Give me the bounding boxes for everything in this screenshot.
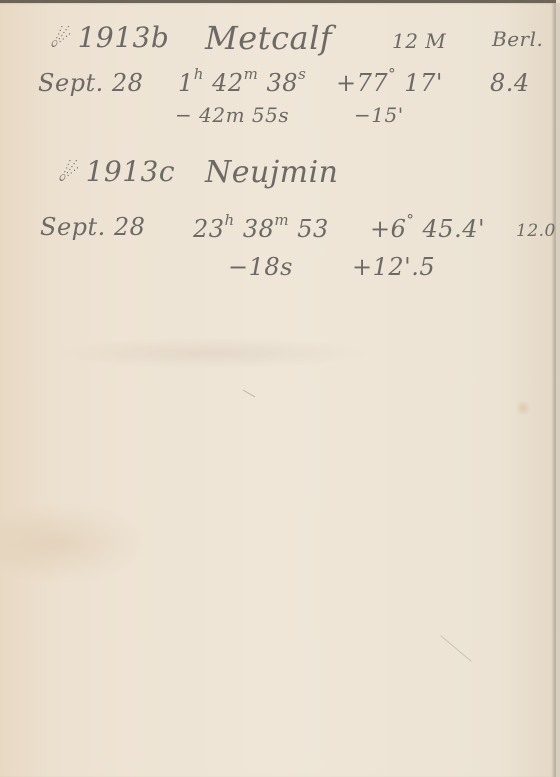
entry-2-designation: 1913c <box>86 155 175 188</box>
comet-icon: ☄ <box>58 159 80 187</box>
entry-2-ra: 23h 38m 53 <box>193 215 329 243</box>
entry-1-name: Metcalf <box>205 19 332 57</box>
card-edge <box>556 3 560 777</box>
entry-2-dec-correction: +12'.5 <box>352 253 435 281</box>
entry-1-dec-correction: −15' <box>354 103 404 127</box>
entry-1-dec: +77° 17' <box>336 69 443 97</box>
pencil-mark <box>440 635 471 661</box>
entry-2-ra-correction: −18s <box>228 253 293 281</box>
comet-icon: ☄ <box>50 25 72 53</box>
entry-2-header: ☄ 1913c <box>58 155 175 188</box>
entry-1-header: ☄ 1913b <box>50 21 169 54</box>
entry-1-designation: 1913b <box>78 21 170 54</box>
entry-2-magnitude: 12.0 <box>516 221 556 241</box>
entry-1-magnitude: 8.4 <box>490 69 530 97</box>
entry-1-date: Sept. 28 <box>38 69 143 97</box>
entry-2-name: Neujmin <box>205 155 339 190</box>
entry-1-source: Berl. <box>492 27 543 51</box>
entry-1-note: 12 M <box>392 29 446 53</box>
entry-2-dec: +6° 45.4' <box>370 215 485 243</box>
entry-1-ra: 1h 42m 38s <box>178 69 306 97</box>
pencil-mark <box>243 390 256 398</box>
entry-1-ra-correction: − 42m 55s <box>175 103 289 127</box>
entry-2-date: Sept. 28 <box>40 213 145 241</box>
index-card: ☄ 1913b Metcalf 12 M Berl. Sept. 28 1h 4… <box>0 0 556 777</box>
